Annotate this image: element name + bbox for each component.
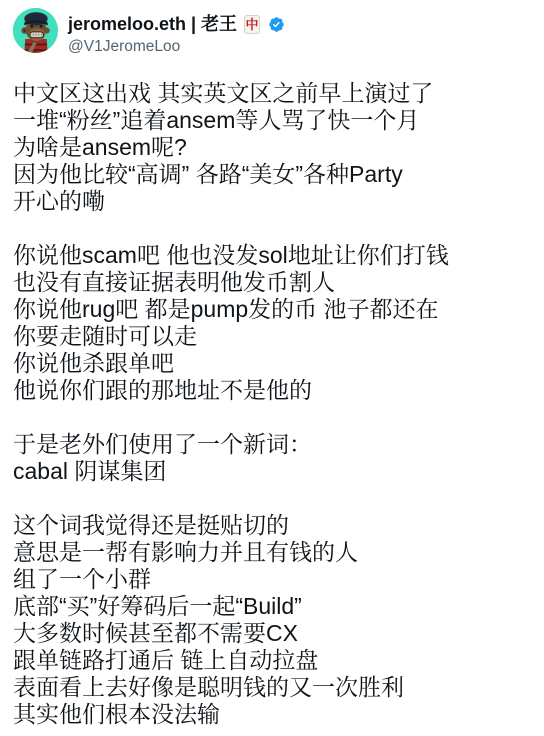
- tweet-paragraph: 中文区这出戏 其实英文区之前早上演过了 一堆“粉丝”追着ansem等人骂了快一个…: [13, 80, 531, 215]
- tweet-text: 中文区这出戏 其实英文区之前早上演过了 一堆“粉丝”追着ansem等人骂了快一个…: [13, 80, 531, 728]
- user-block: jeromeloo.eth | 老王 中 @V1JeromeLoo: [68, 8, 285, 57]
- tweet-paragraph: 你说他scam吧 他也没发sol地址让你们打钱 也没有直接证据表明他发币割人 你…: [13, 242, 531, 404]
- display-name-text: jeromeloo.eth | 老王: [68, 14, 237, 35]
- avatar[interactable]: [13, 8, 58, 53]
- tweet-paragraph: 于是老外们使用了一个新词： cabal 阴谋集团: [13, 431, 531, 485]
- display-name[interactable]: jeromeloo.eth | 老王 中: [68, 14, 285, 35]
- mahjong-tile-emoji: 中: [244, 15, 260, 34]
- tweet-header: jeromeloo.eth | 老王 中 @V1JeromeLoo: [13, 8, 531, 57]
- user-handle[interactable]: @V1JeromeLoo: [68, 37, 285, 57]
- tweet-card: jeromeloo.eth | 老王 中 @V1JeromeLoo 中文区这出戏…: [0, 0, 544, 736]
- bored-ape-avatar-image: [13, 8, 58, 53]
- tweet-paragraph: 这个词我觉得还是挺贴切的 意思是一帮有影响力并且有钱的人 组了一个小群 底部“买…: [13, 512, 531, 728]
- verified-badge-icon: [268, 16, 285, 33]
